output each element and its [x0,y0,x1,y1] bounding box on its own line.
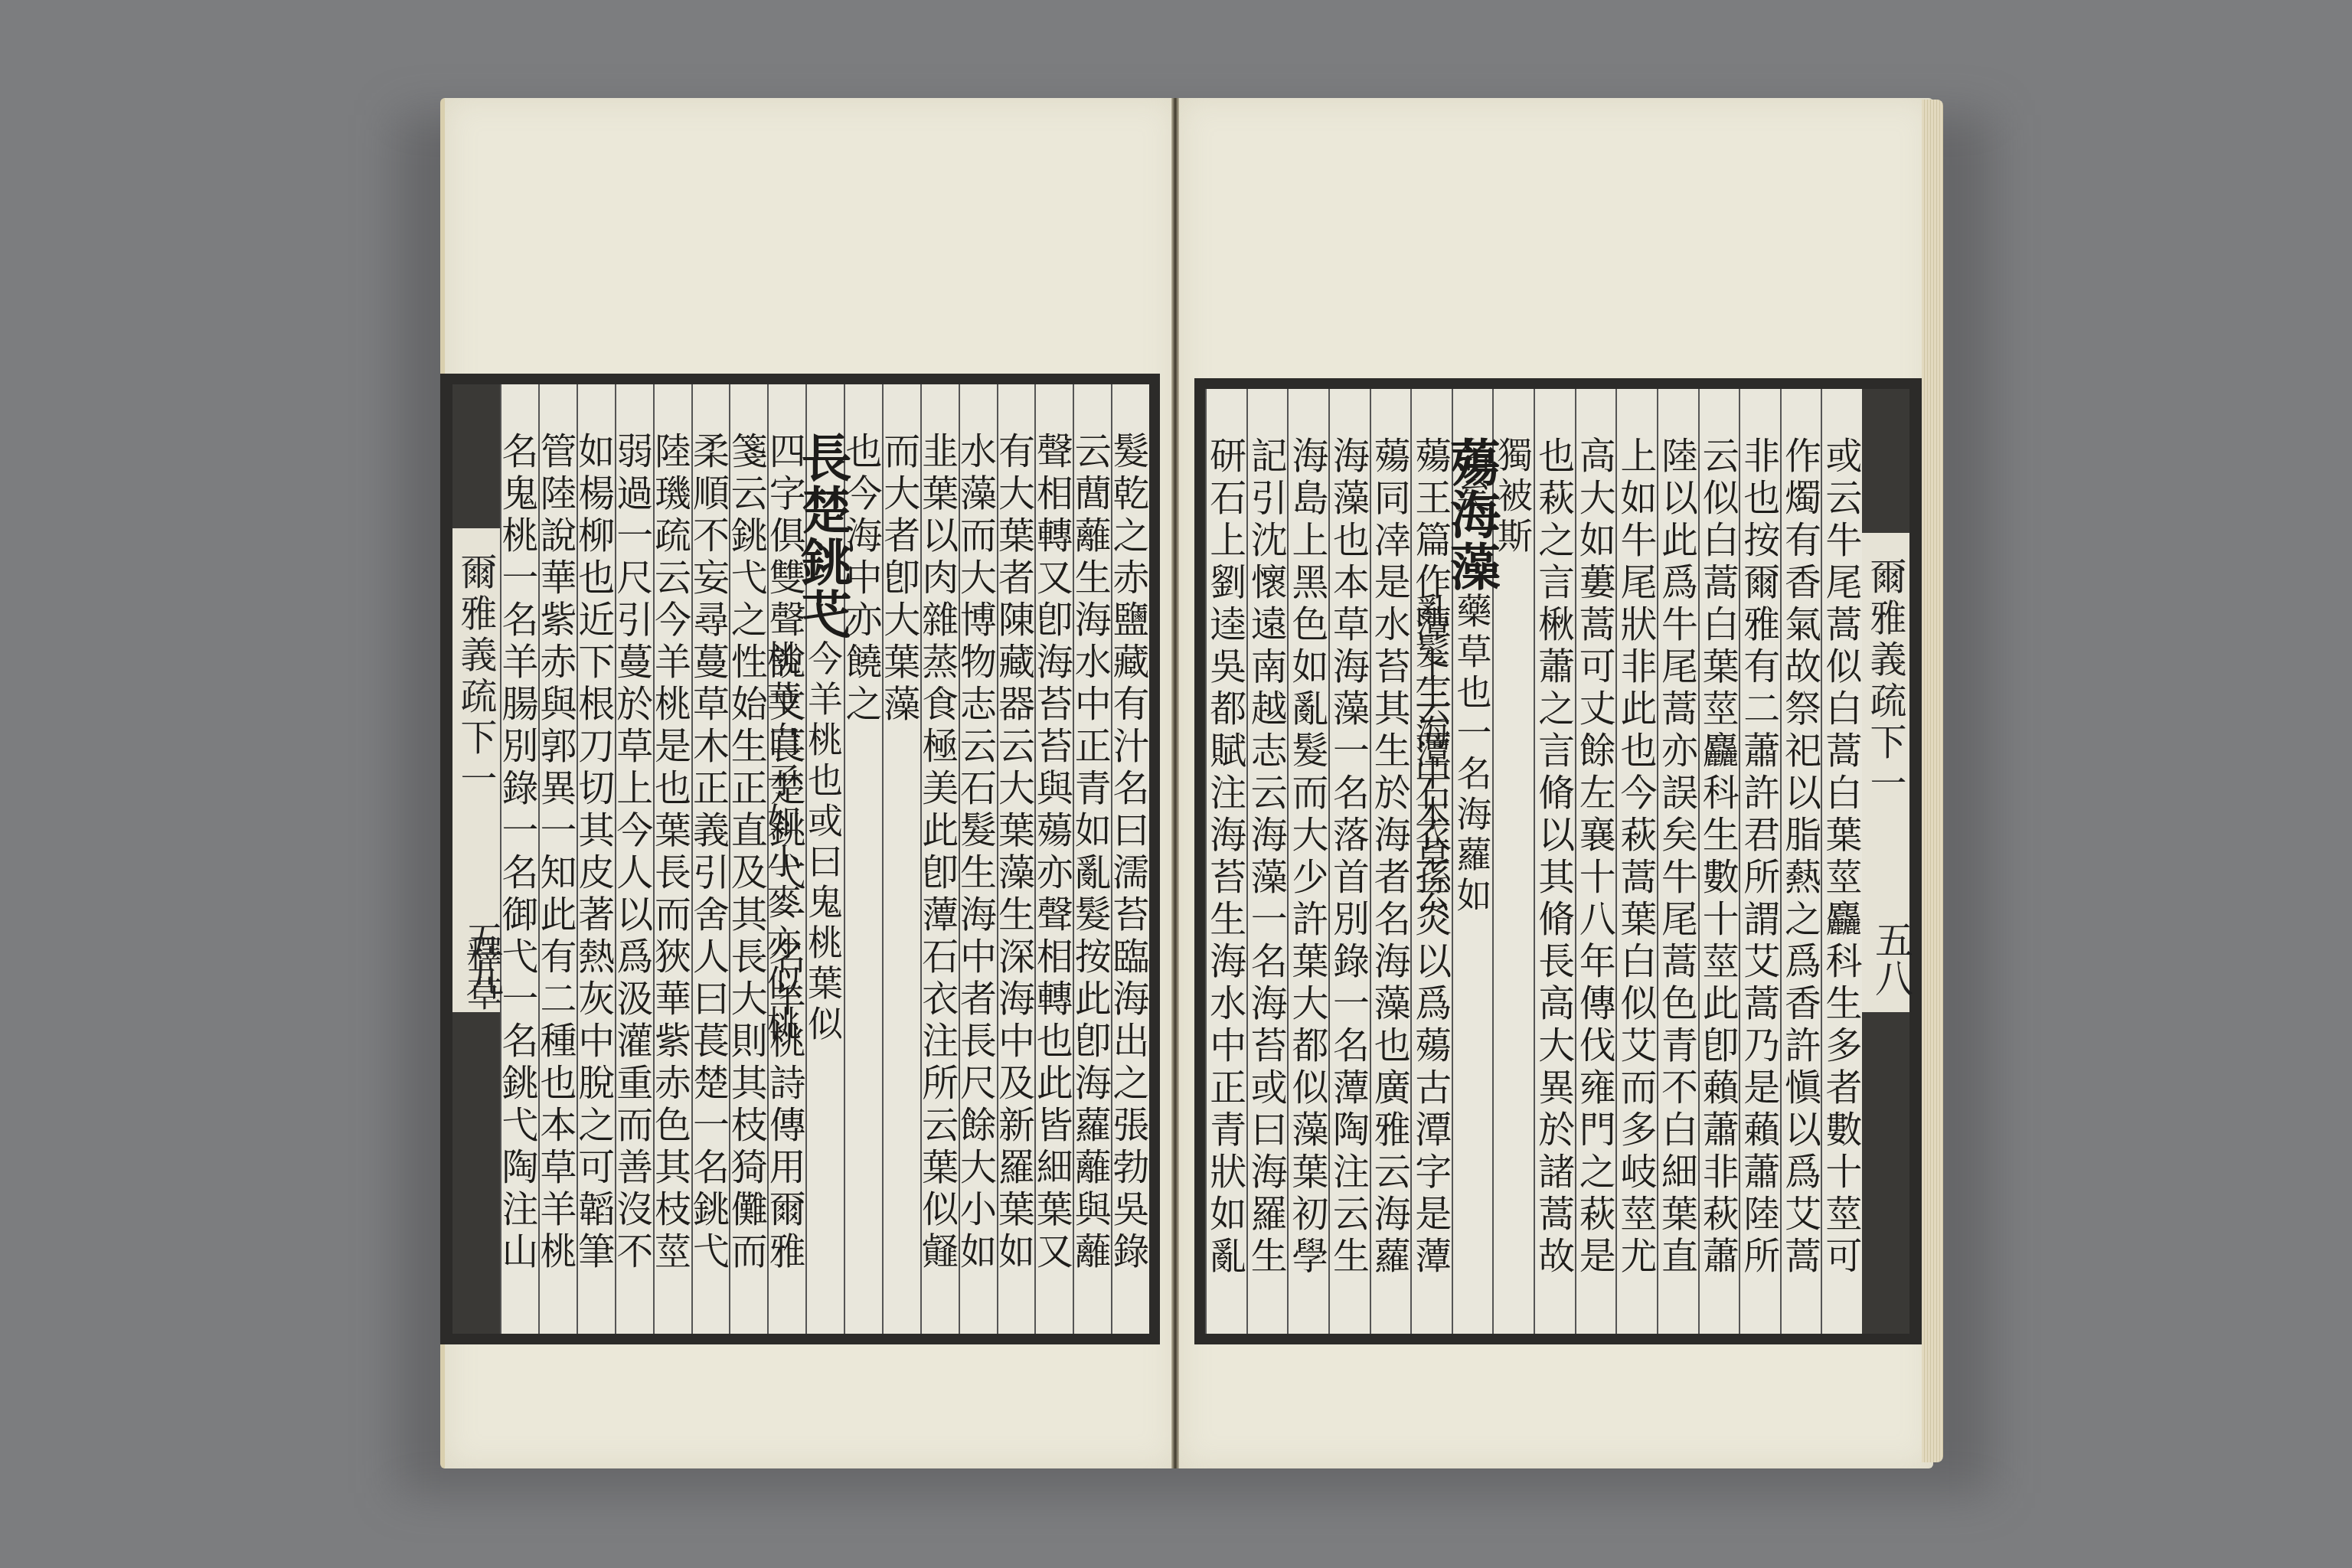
annotation-line: 藥草也一名海蘿如 [1451,593,1492,917]
column-text: 作燭有香氣故祭祀以脂爇之爲香許愼以爲艾蒿 [1782,436,1821,1279]
column-text: 上如牛尾狀非此也今萩蒿葉白似艾而多岐莖尤 [1617,436,1657,1279]
text-column: 作燭有香氣故祭祀以脂爇之爲香許愼以爲艾蒿 [1780,389,1821,1334]
column-text: 薚王篇作藫上云藫石衣孫炎以爲薚古潭字是藫 [1412,436,1452,1279]
text-column: 或云牛尾蒿似白蒿白葉莖麤科生多者數十莖可 [1821,389,1862,1334]
column-text: 而大者卽大葉藻 [884,432,920,727]
text-column: 聲相轉又卽海苔苔與薚亦聲相轉也此皆細葉又 [1034,384,1073,1334]
column-text: 海島上黑色如亂髮而大少許葉大都似藻葉初學 [1289,436,1328,1279]
left-page-frame: 髮乾之赤鹽藏有汁名曰濡苔臨海出之張勃吳錄云䕡蘺生海水中正青如亂髮按此卽海蘿蘺與蘺… [440,374,1160,1344]
column-text: 也萩之言楸蕭之言脩以其脩長高大異於諸蒿故 [1535,436,1575,1279]
text-column: 非也按爾雅有二蕭許君所謂艾蒿乃是藾蕭陸所 [1739,389,1780,1334]
column-text: 柔順不妄尋蔓草木正義引舍人曰萇楚一名銚弋 [693,432,730,1274]
text-column: 云似白蒿白葉莖麤科生數十莖此卽藾蕭非萩蕭 [1698,389,1739,1334]
book-gutter [1171,98,1179,1468]
fishtail-top [1862,389,1909,533]
text-column: 名鬼桃一名羊腸別錄一名御弋一名銚弋陶注山 [500,384,538,1334]
column-text: 管陸說華紫赤與郭異一知此有二種也本草羊桃 [540,432,577,1274]
entry-heading: 薚海藻 [1453,436,1493,593]
banxin-page-number: 五九 [454,920,509,997]
text-column: 而大者卽大葉藻 [882,384,920,1334]
column-text: 弱過一尺引蔓於草上今人以爲汲灌重而善沒不 [616,432,653,1274]
left-banxin: 爾雅義疏下一 釋草 五九 [452,384,500,1334]
left-text-columns: 髮乾之赤鹽藏有汁名曰濡苔臨海出之張勃吳錄云䕡蘺生海水中正青如亂髮按此卽海蘿蘺與蘺… [500,384,1149,1334]
text-column: 薚同㓑是水苔其生於海者名海藻也廣雅云海蘿 [1370,389,1411,1334]
column-text: 如楊柳也近下根刀切其皮著熱灰中脫之可韜筆 [578,432,615,1274]
text-column: 弱過一尺引蔓於草上今人以爲汲灌重而善沒不 [615,384,653,1334]
text-column: 有大葉者陳藏器云大葉藻生深海中及新羅葉如 [997,384,1035,1334]
double-line-annotation: 今羊桃也或曰鬼桃葉似桃華白子如小麥亦似桃 [807,640,844,1046]
text-column: 陸璣疏云今羊桃是也葉長而狹華紫赤色其枝莖 [653,384,691,1334]
text-column: 云䕡蘺生海水中正青如亂髮按此卽海蘿蘺與蘺 [1073,384,1111,1334]
text-column: 薚海藻藥草也一名海蘿如亂髮生海中本草云 [1452,389,1493,1334]
text-column: 高大如蔞蒿可丈餘左襄十八年傳伐雍門之萩是 [1575,389,1616,1334]
column-text: 高大如蔞蒿可丈餘左襄十八年傳伐雍門之萩是 [1576,436,1616,1279]
text-column: 柔順不妄尋蔓草木正義引舍人曰萇楚一名銚弋 [691,384,730,1334]
text-column: 如楊柳也近下根刀切其皮著熱灰中脫之可韜筆 [577,384,615,1334]
text-column: 長楚銚芅今羊桃也或曰鬼桃葉似桃華白子如小麥亦似桃 [805,384,844,1334]
entry-heading: 長楚銚芅 [807,432,844,640]
fishtail-bottom [452,1012,500,1334]
column-text: 韭葉以肉雜蒸食極美此卽藫石衣注所云葉似䪥 [922,432,959,1274]
text-column: 韭葉以肉雜蒸食極美此卽藫石衣注所云葉似䪥 [920,384,959,1334]
text-column: 薚王篇作藫上云藫石衣孫炎以爲薚古潭字是藫 [1410,389,1452,1334]
annotation-line: 今羊桃也或曰鬼桃葉似 [802,640,844,1046]
column-text: 研石上劉逵吳都賦注海苔生海水中正青狀如亂 [1207,436,1246,1279]
column-text: 海藻也本草海藻一名落首別錄一名藫陶注云生 [1330,436,1370,1279]
column-text: 非也按爾雅有二蕭許君所謂艾蒿乃是藾蕭陸所 [1740,436,1780,1279]
column-text: 記引沈懷遠南越志云海藻一名海苔或曰海羅生 [1248,436,1288,1279]
column-text: 箋云銚弋之性始生正直及其長大則其枝猗儺而 [730,432,767,1274]
text-column: 海藻也本草海藻一名落首別錄一名藫陶注云生 [1328,389,1370,1334]
column-text: 四字俱雙聲說文萇楚銚弋一名羊桃詩傳用爾雅 [769,432,805,1274]
text-column: 箋云銚弋之性始生正直及其長大則其枝猗儺而 [729,384,767,1334]
banxin-title: 爾雅義疏下一 [456,553,495,801]
page-stack-edge [1922,100,1943,1462]
right-text-columns: 或云牛尾蒿似白蒿白葉莖麤科生多者數十莖可作燭有香氣故祭祀以脂爇之爲香許愼以爲艾蒿… [1205,389,1862,1334]
column-text: 聲相轉又卽海苔苔與薚亦聲相轉也此皆細葉又 [1036,432,1073,1274]
column-text: 名鬼桃一名羊腸別錄一名御弋一名銚弋陶注山 [501,432,538,1274]
text-column: 陸以此爲牛尾蒿亦誤矣牛尾蒿色青不白細葉直 [1657,389,1698,1334]
double-line-annotation: 藥草也一名海蘿如亂髮生海中本草云 [1453,593,1493,917]
column-text: 薚同㓑是水苔其生於海者名海藻也廣雅云海蘿 [1371,436,1411,1279]
text-column: 管陸說華紫赤與郭異一知此有二種也本草羊桃 [538,384,577,1334]
fishtail-top [452,384,500,528]
column-text: 云似白蒿白葉莖麤科生數十莖此卽藾蕭非萩蕭 [1700,436,1739,1279]
text-column: 也萩之言楸蕭之言脩以其脩長高大異於諸蒿故 [1534,389,1575,1334]
text-column: 海島上黑色如亂髮而大少許葉大都似藻葉初學 [1287,389,1328,1334]
text-column: 水藻而大博物志云石髮生海中者長尺餘大小如 [959,384,997,1334]
column-text: 或云牛尾蒿似白蒿白葉莖麤科生多者數十莖可 [1822,436,1862,1279]
right-banxin: 爾雅義疏下一 五八 [1862,389,1909,1334]
text-column: 四字俱雙聲說文萇楚銚弋一名羊桃詩傳用爾雅 [767,384,805,1334]
text-column: 髮乾之赤鹽藏有汁名曰濡苔臨海出之張勃吳錄 [1111,384,1149,1334]
column-text: 髮乾之赤鹽藏有汁名曰濡苔臨海出之張勃吳錄 [1112,432,1149,1274]
banxin-page-number: 五八 [1864,920,1919,997]
fishtail-bottom [1862,1012,1909,1334]
column-text: 水藻而大博物志云石髮生海中者長尺餘大小如 [960,432,997,1274]
column-text: 陸以此爲牛尾蒿亦誤矣牛尾蒿色青不白細葉直 [1658,436,1698,1279]
column-text: 云䕡蘺生海水中正青如亂髮按此卽海蘿蘺與蘺 [1074,432,1111,1274]
banxin-title: 爾雅義疏下一 [1865,557,1905,805]
right-page-frame: 或云牛尾蒿似白蒿白葉莖麤科生多者數十莖可作燭有香氣故祭祀以脂爇之爲香許愼以爲艾蒿… [1194,378,1922,1344]
text-column: 上如牛尾狀非此也今萩蒿葉白似艾而多岐莖尤 [1615,389,1657,1334]
column-text: 有大葉者陳藏器云大葉藻生深海中及新羅葉如 [998,432,1035,1274]
text-column: 研石上劉逵吳都賦注海苔生海水中正青狀如亂 [1205,389,1246,1334]
column-text: 陸璣疏云今羊桃是也葉長而狹華紫赤色其枝莖 [655,432,691,1274]
text-column: 記引沈懷遠南越志云海藻一名海苔或曰海羅生 [1246,389,1288,1334]
